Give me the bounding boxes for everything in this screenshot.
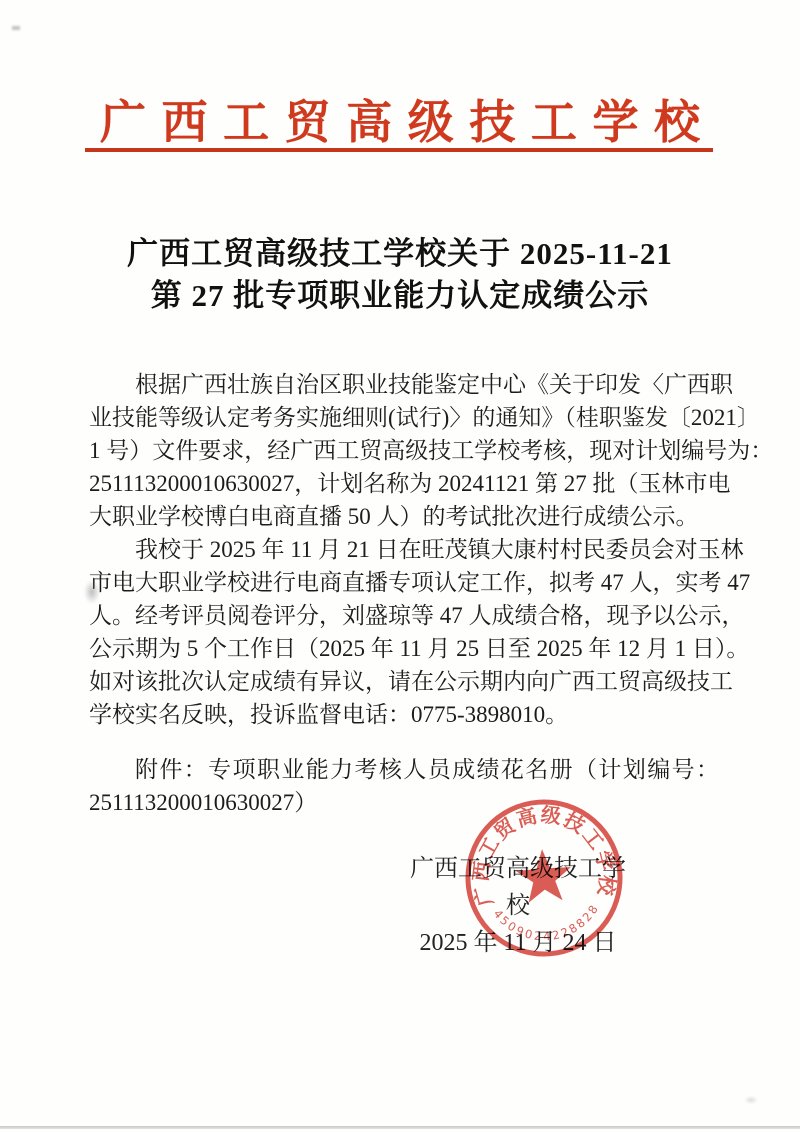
document-body: 根据广西壮族自治区职业技能鉴定中心《关于印发〈广西职业技能等级认定考务实施细则(… xyxy=(89,368,719,819)
body-line: 我校于 2025 年 11 月 21 日在旺茂镇大康村村民委员会对玉林 xyxy=(89,533,719,566)
scan-smudge xyxy=(744,1096,758,1104)
letterhead-title: 广 西 工 贸 高 级 技 工 学 校 xyxy=(100,86,700,152)
scan-edge xyxy=(0,1126,800,1129)
body-line: 根据广西壮族自治区职业技能鉴定中心《关于印发〈广西职 xyxy=(89,368,719,401)
signature-org: 广西工贸高级技工学校 xyxy=(400,851,636,925)
signature-block: 广西工贸高级技工学校 2025 年 11 月 24 日 xyxy=(400,851,636,962)
body-line: 251113200010630027，计划名称为 20241121 第 27 批… xyxy=(89,467,719,500)
document-title-line1: 广西工贸高级技工学校关于 2025-11-21 xyxy=(0,233,800,275)
body-line: 市电大职业学校进行电商直播专项认定工作，拟考 47 人，实考 47 xyxy=(89,566,719,599)
body-line: 附件：专项职业能力考核人员成绩花名册（计划编号： xyxy=(89,753,719,786)
body-line: 公示期为 5 个工作日（2025 年 11 月 25 日至 2025 年 12 … xyxy=(89,632,719,665)
body-line: 大职业学校博白电商直播 50 人）的考试批次进行成绩公示。 xyxy=(89,500,719,533)
letterhead-divider xyxy=(85,148,713,152)
body-line: 1 号）文件要求，经广西工贸高级技工学校考核，现对计划编号为： xyxy=(89,434,719,467)
document-title: 广西工贸高级技工学校关于 2025-11-21 第 27 批专项职业能力认定成绩… xyxy=(0,233,800,317)
scan-smudge xyxy=(12,26,20,30)
document-page: 广 西 工 贸 高 级 技 工 学 校 广西工贸高级技工学校关于 2025-11… xyxy=(0,0,800,1132)
scan-smudge xyxy=(84,580,100,604)
body-line: 人。经考评员阅卷评分，刘盛琼等 47 人成绩合格，现予以公示， xyxy=(89,599,719,632)
body-line: 251113200010630027） xyxy=(89,786,719,819)
document-title-line2: 第 27 批专项职业能力认定成绩公示 xyxy=(0,275,800,317)
signature-date: 2025 年 11 月 24 日 xyxy=(400,925,636,962)
body-line: 如对该批次认定成绩有异议，请在公示期内向广西工贸高级技工 xyxy=(89,665,719,698)
body-line: 学校实名反映，投诉监督电话：0775-3898010。 xyxy=(89,698,719,731)
body-line: 业技能等级认定考务实施细则(试行)〉的通知》（桂职鉴发〔2021〕 xyxy=(89,401,719,434)
